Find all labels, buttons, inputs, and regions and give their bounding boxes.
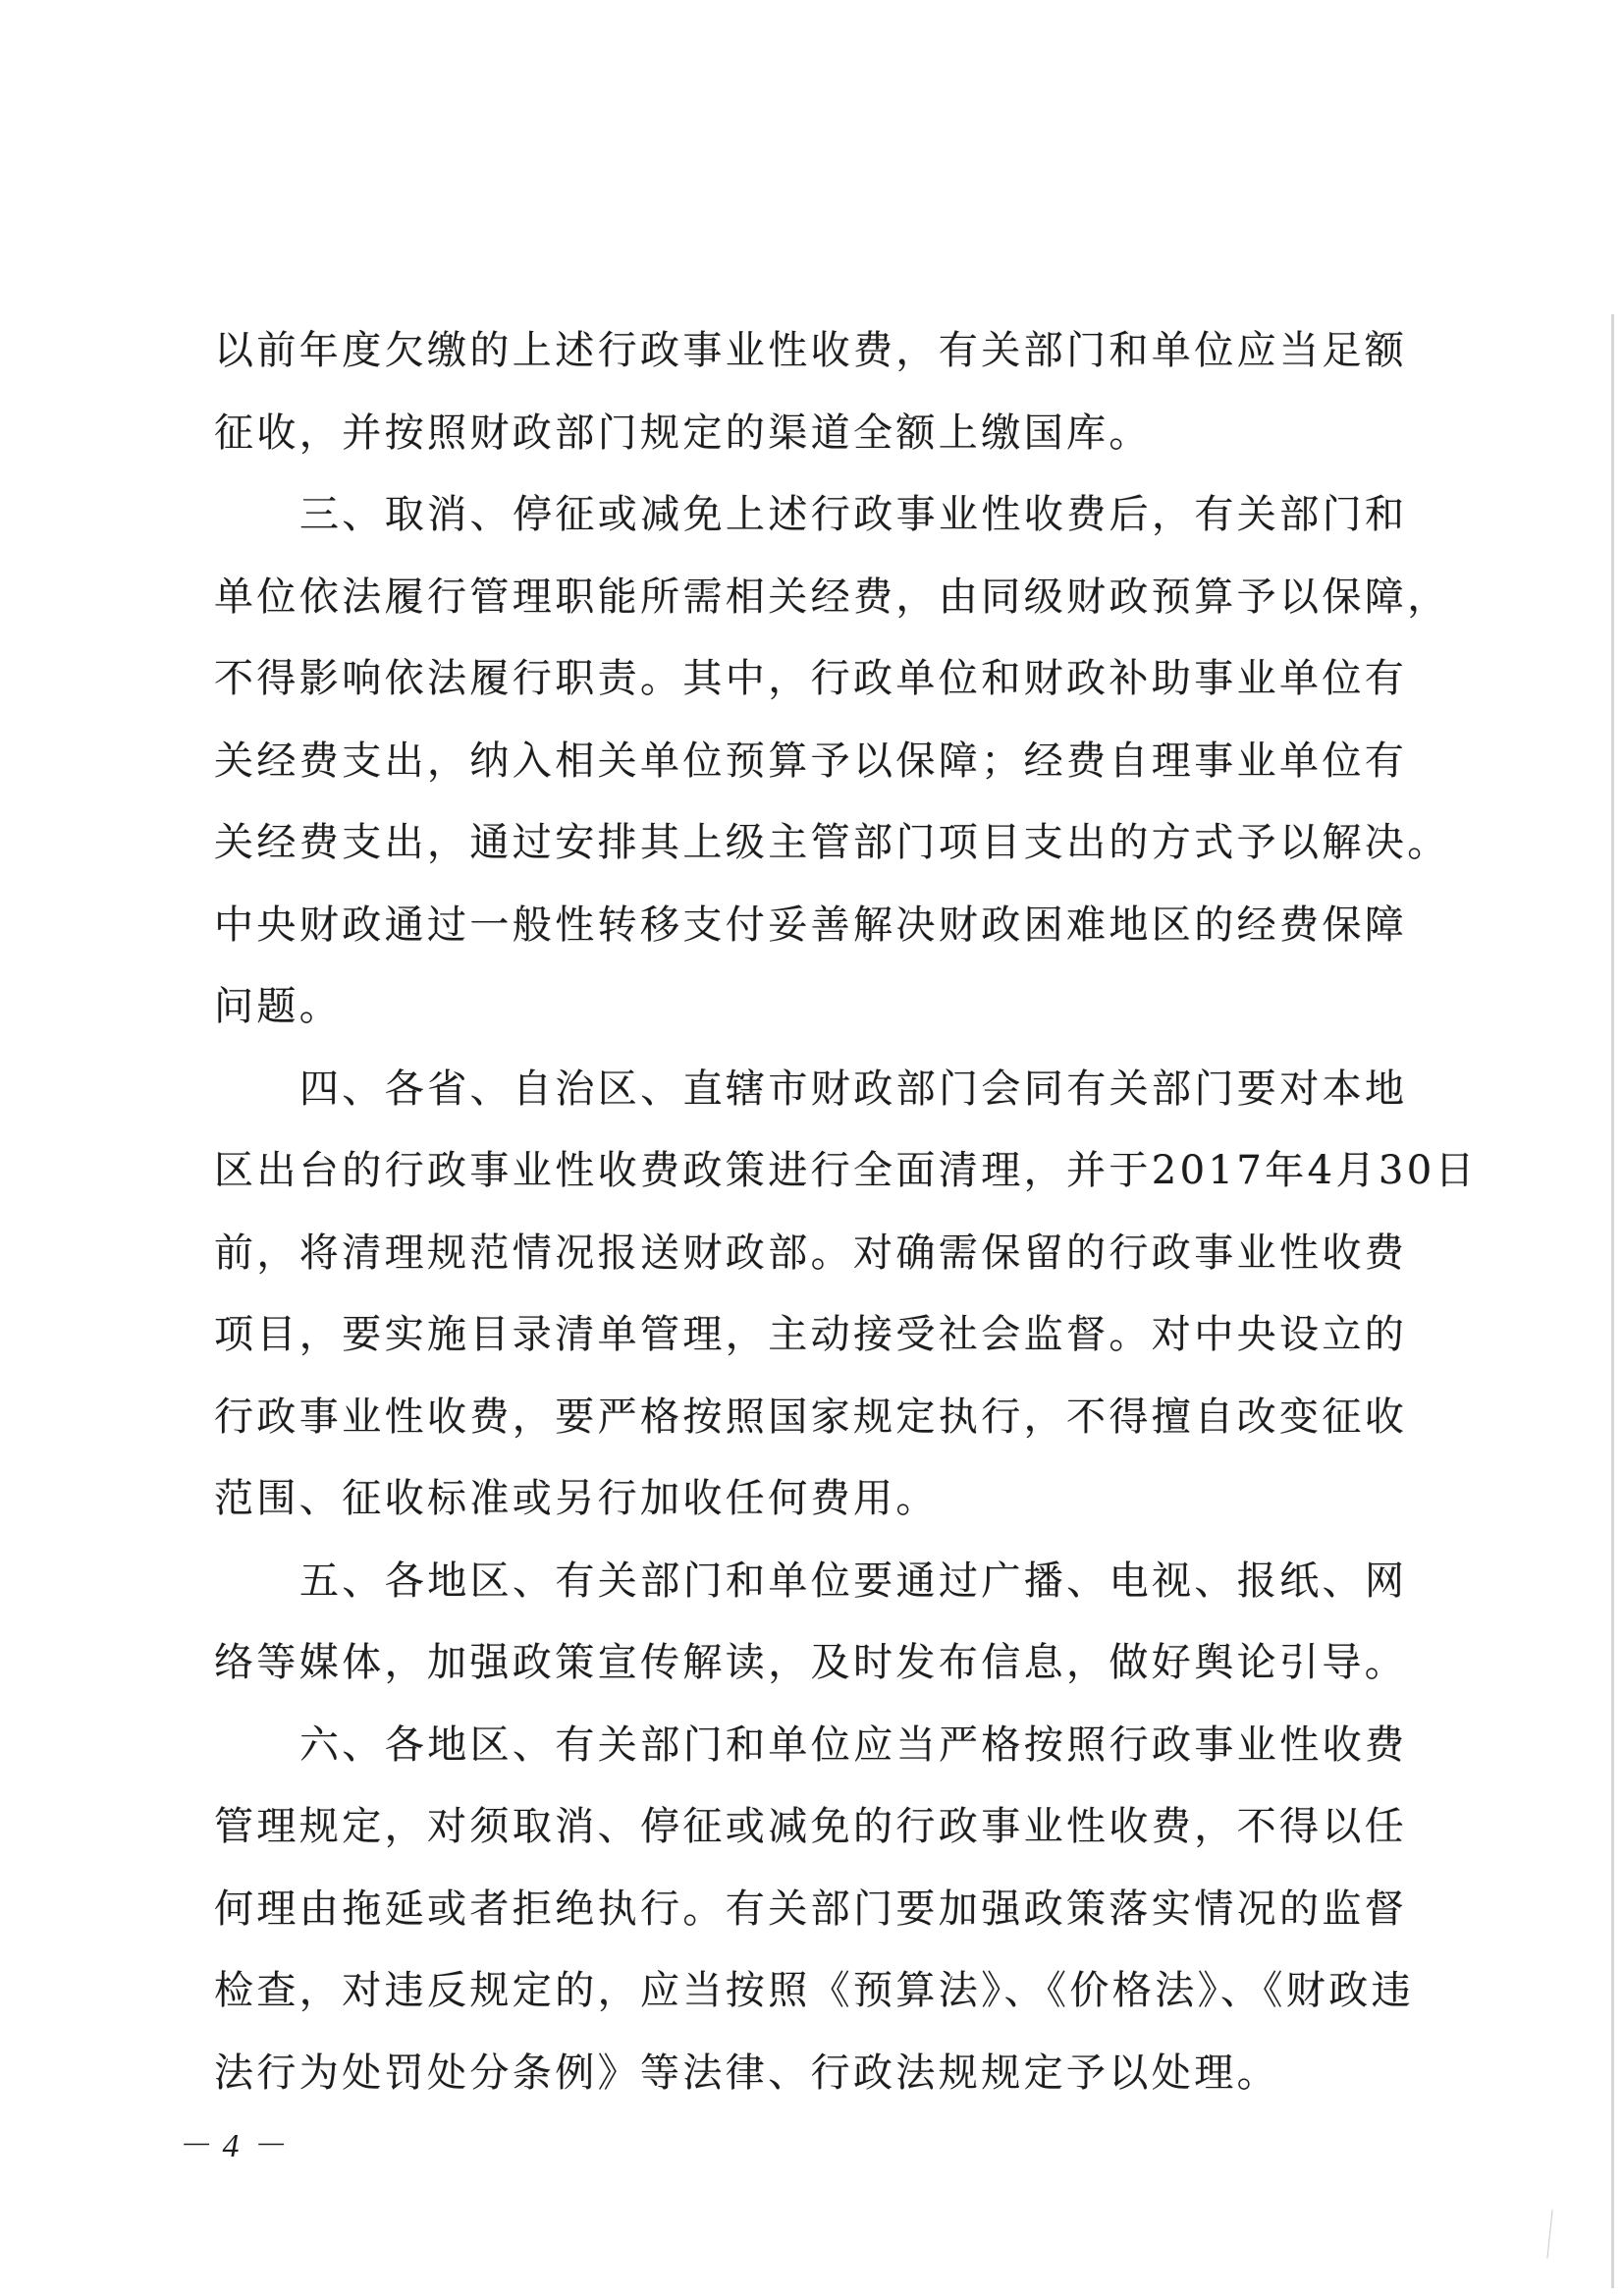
section-5-line-1: 五、各地区、有关部门和单位要通过广播、电视、报纸、网 [214, 1541, 1412, 1623]
section-4-line-3: 前，将清理规范情况报送财政部。对确需保留的行政事业性收费 [214, 1213, 1412, 1295]
section-6-line-5: 法行为处罚处分条例》等法律、行政法规规定予以处理。 [214, 2033, 1412, 2115]
section-3-line-5: 关经费支出，通过安排其上级主管部门项目支出的方式予以解决。 [214, 802, 1412, 885]
scan-edge-line [1611, 314, 1614, 2288]
section-3-line-2: 单位依法履行管理职能所需相关经费，由同级财政预算予以保障， [214, 557, 1412, 639]
section-3-line-3: 不得影响依法履行职责。其中，行政单位和财政补助事业单位有 [214, 638, 1412, 721]
section-4-line-5: 行政事业性收费，要严格按照国家规定执行，不得擅自改变征收 [214, 1377, 1412, 1459]
section-3-line-4: 关经费支出，纳入相关单位预算予以保障；经费自理事业单位有 [214, 721, 1412, 803]
section-6-line-3: 何理由拖延或者拒绝执行。有关部门要加强政策落实情况的监督 [214, 1869, 1412, 1951]
section-3-line-1: 三、取消、停征或减免上述行政事业性收费后，有关部门和 [214, 474, 1412, 557]
section-6-line-1: 六、各地区、有关部门和单位应当严格按照行政事业性收费 [214, 1705, 1412, 1787]
paragraph-2-continuation-line-1: 以前年度欠缴的上述行政事业性收费，有关部门和单位应当足额 [214, 310, 1412, 393]
document-page: 以前年度欠缴的上述行政事业性收费，有关部门和单位应当足额 征收，并按照财政部门规… [0, 0, 1623, 2296]
page-number: － 4 － [177, 2123, 287, 2170]
section-4-line-4: 项目，要实施目录清单管理，主动接受社会监督。对中央设立的 [214, 1294, 1412, 1377]
section-4-line-2: 区出台的行政事业性收费政策进行全面清理，并于2017年4月30日 [214, 1130, 1412, 1213]
section-6-line-4: 检查，对违反规定的，应当按照《预算法》、《价格法》、《财政违 [214, 1950, 1412, 2033]
section-6-line-2: 管理规定，对须取消、停征或减免的行政事业性收费，不得以任 [214, 1786, 1412, 1869]
section-3-line-7: 问题。 [214, 966, 1412, 1049]
paragraph-2-continuation-line-2: 征收，并按照财政部门规定的渠道全额上缴国库。 [214, 393, 1412, 475]
section-4-line-6: 范围、征收标准或另行加收任何费用。 [214, 1458, 1412, 1541]
section-5-line-2: 络等媒体，加强政策宣传解读，及时发布信息，做好舆论引导。 [214, 1622, 1412, 1705]
document-body: 以前年度欠缴的上述行政事业性收费，有关部门和单位应当足额 征收，并按照财政部门规… [214, 310, 1412, 2114]
scan-artifact-mark [1546, 2210, 1552, 2259]
section-4-line-1: 四、各省、自治区、直辖市财政部门会同有关部门要对本地 [214, 1049, 1412, 1131]
section-3-line-6: 中央财政通过一般性转移支付妥善解决财政困难地区的经费保障 [214, 885, 1412, 967]
